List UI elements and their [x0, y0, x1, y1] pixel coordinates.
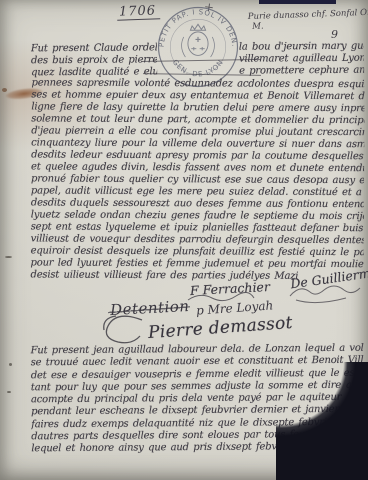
manuscript-page: 1706 + Purie dunasso chf. Sonfal Orliés … — [0, 0, 368, 480]
act2-title-name: Pierre demassot — [147, 313, 293, 343]
scan-background-corner — [276, 362, 368, 480]
paper-speck — [5, 256, 12, 258]
line-right-of-stamp: la bou d'jeursin mary gueiodis — [239, 41, 364, 54]
act1-split-lines: Fut present Claude ordel la bou d'jeursi… — [31, 41, 364, 80]
scan-edge-bar — [259, 0, 336, 4]
act1-body: Fut present Claude ordel la bou d'jeursi… — [31, 42, 364, 282]
paper-speck — [7, 391, 11, 393]
line-right-of-stamp: villemaret aguilleau Lyon prie nous — [239, 53, 364, 66]
initial-flourish — [96, 312, 152, 348]
line-left-of-stamp: des buis eproix de pierrette — [31, 54, 157, 67]
act1-full-lines: pennees sapresmile volonté esdunnadez ac… — [30, 77, 364, 283]
line-right-of-stamp: e promettere cephure antiffeir st ese or… — [239, 65, 364, 78]
year-mark: 1706 — [117, 3, 161, 20]
paper-speck — [9, 363, 12, 366]
header-annotation: Purie dunasso chf. Sonfal Orliés M. — [248, 8, 367, 32]
signature-paraphe — [286, 284, 364, 304]
page-number: 9 — [331, 28, 338, 41]
line-left-of-stamp: Fut present Claude ordel — [31, 42, 157, 55]
paper-speck — [2, 88, 7, 92]
